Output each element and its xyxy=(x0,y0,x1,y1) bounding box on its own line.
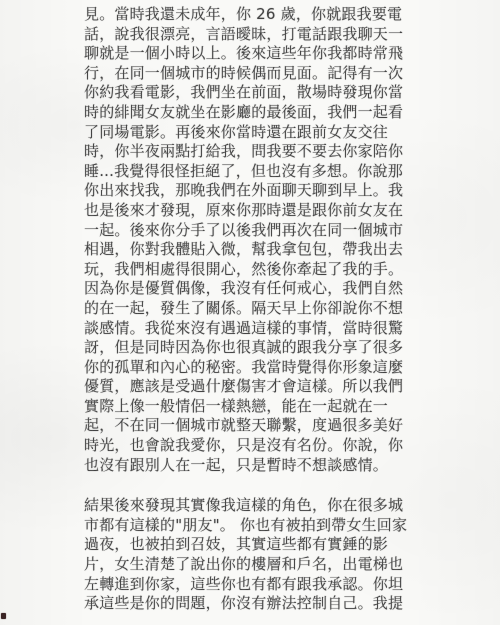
text-line: 的在一起，發生了關係。隔天早上你卻說你不想 xyxy=(84,299,420,319)
text-line: 聊就是一個小時以上。後來這些年你我都時常飛 xyxy=(84,44,420,64)
text-line: 承這些是你的問題，你沒有辦法控制自己。我提 xyxy=(84,594,420,614)
paragraph-1: 見。當時我還未成年，你 26 歲，你就跟我要電話，說我很漂亮，言語曖昧，打電話跟… xyxy=(84,5,420,475)
text-line: 談感情。我從來沒有遇過這樣的事情，當時很驚 xyxy=(84,319,420,339)
text-line: 了同場電影。再後來你當時還在跟前女友交往 xyxy=(84,123,420,143)
text-line: 片，女生清楚了說出你的樓層和戶名，出電梯也 xyxy=(84,555,420,575)
text-line: 也沒有跟別人在一起，只是暫時不想談感情。 xyxy=(84,456,420,476)
text-line: 因為你是優質偶像，我沒有任何戒心，我們自然 xyxy=(84,279,420,299)
paragraph-2: 結果後來發現其實像我這樣的角色，你在很多城市都有這樣的"朋友"。 你也有被拍到帶… xyxy=(84,496,420,614)
text-line: 結果後來發現其實像我這樣的角色，你在很多城 xyxy=(84,496,420,516)
corner-artifact-dot xyxy=(1,613,6,619)
text-line: 話，說我很漂亮，言語曖昧，打電話跟我聊天一 xyxy=(84,25,420,45)
text-line: 左轉進到你家，這些你也有都有跟我承認。你坦 xyxy=(84,575,420,595)
text-line: 時，你半夜兩點打給我，問我要不要去你家陪你 xyxy=(84,142,420,162)
text-line: 你的孤單和內心的秘密。我當時覺得你形象這麼 xyxy=(84,358,420,378)
text-line: 你出來找我，那晚我們在外面聊天聊到早上。我 xyxy=(84,181,420,201)
text-line: 見。當時我還未成年，你 26 歲，你就跟我要電 xyxy=(84,5,420,25)
text-line: 市都有這樣的"朋友"。 你也有被拍到帶女生回家 xyxy=(84,516,420,536)
text-line: 睡...我覺得很怪拒絕了，但也沒有多想。你說那 xyxy=(84,162,420,182)
text-line: 行，在同一個城市的時候偶而見面。記得有一次 xyxy=(84,64,420,84)
text-line: 時光，也會說我愛你，只是沒有名份。你說，你 xyxy=(84,436,420,456)
text-line: 訝，但是同時因為你也很真誠的跟我分享了很多 xyxy=(84,338,420,358)
letter-text-block: 見。當時我還未成年，你 26 歲，你就跟我要電話，說我很漂亮，言語曖昧，打電話跟… xyxy=(84,5,420,614)
text-line: 時的緋聞女友就坐在影廳的最後面，我們一起看 xyxy=(84,103,420,123)
text-line: 你約我看電影，我們坐在前面，散場時發現你當 xyxy=(84,83,420,103)
text-line: 過夜，也被拍到召妓，其實這些都有實錘的影 xyxy=(84,535,420,555)
text-line: 一起。後來你分手了以後我們再次在同一個城市 xyxy=(84,221,420,241)
text-line: 相遇，你對我體貼入微，幫我拿包包，帶我出去 xyxy=(84,240,420,260)
text-line: 優質，應該是受過什麼傷害才會這樣。所以我們 xyxy=(84,377,420,397)
text-line: 玩，我們相處得很開心，然後你牽起了我的手。 xyxy=(84,260,420,280)
text-line: 也是後來才發現，原來你那時還是跟你前女友在 xyxy=(84,201,420,221)
text-line: 實際上像一般情侶一樣熱戀，能在一起就在一 xyxy=(84,397,420,417)
text-line: 起，不在同一個城市就整天聯繫，度過很多美好 xyxy=(84,416,420,436)
text-screenshot-photo: 見。當時我還未成年，你 26 歲，你就跟我要電話，說我很漂亮，言語曖昧，打電話跟… xyxy=(0,0,500,625)
